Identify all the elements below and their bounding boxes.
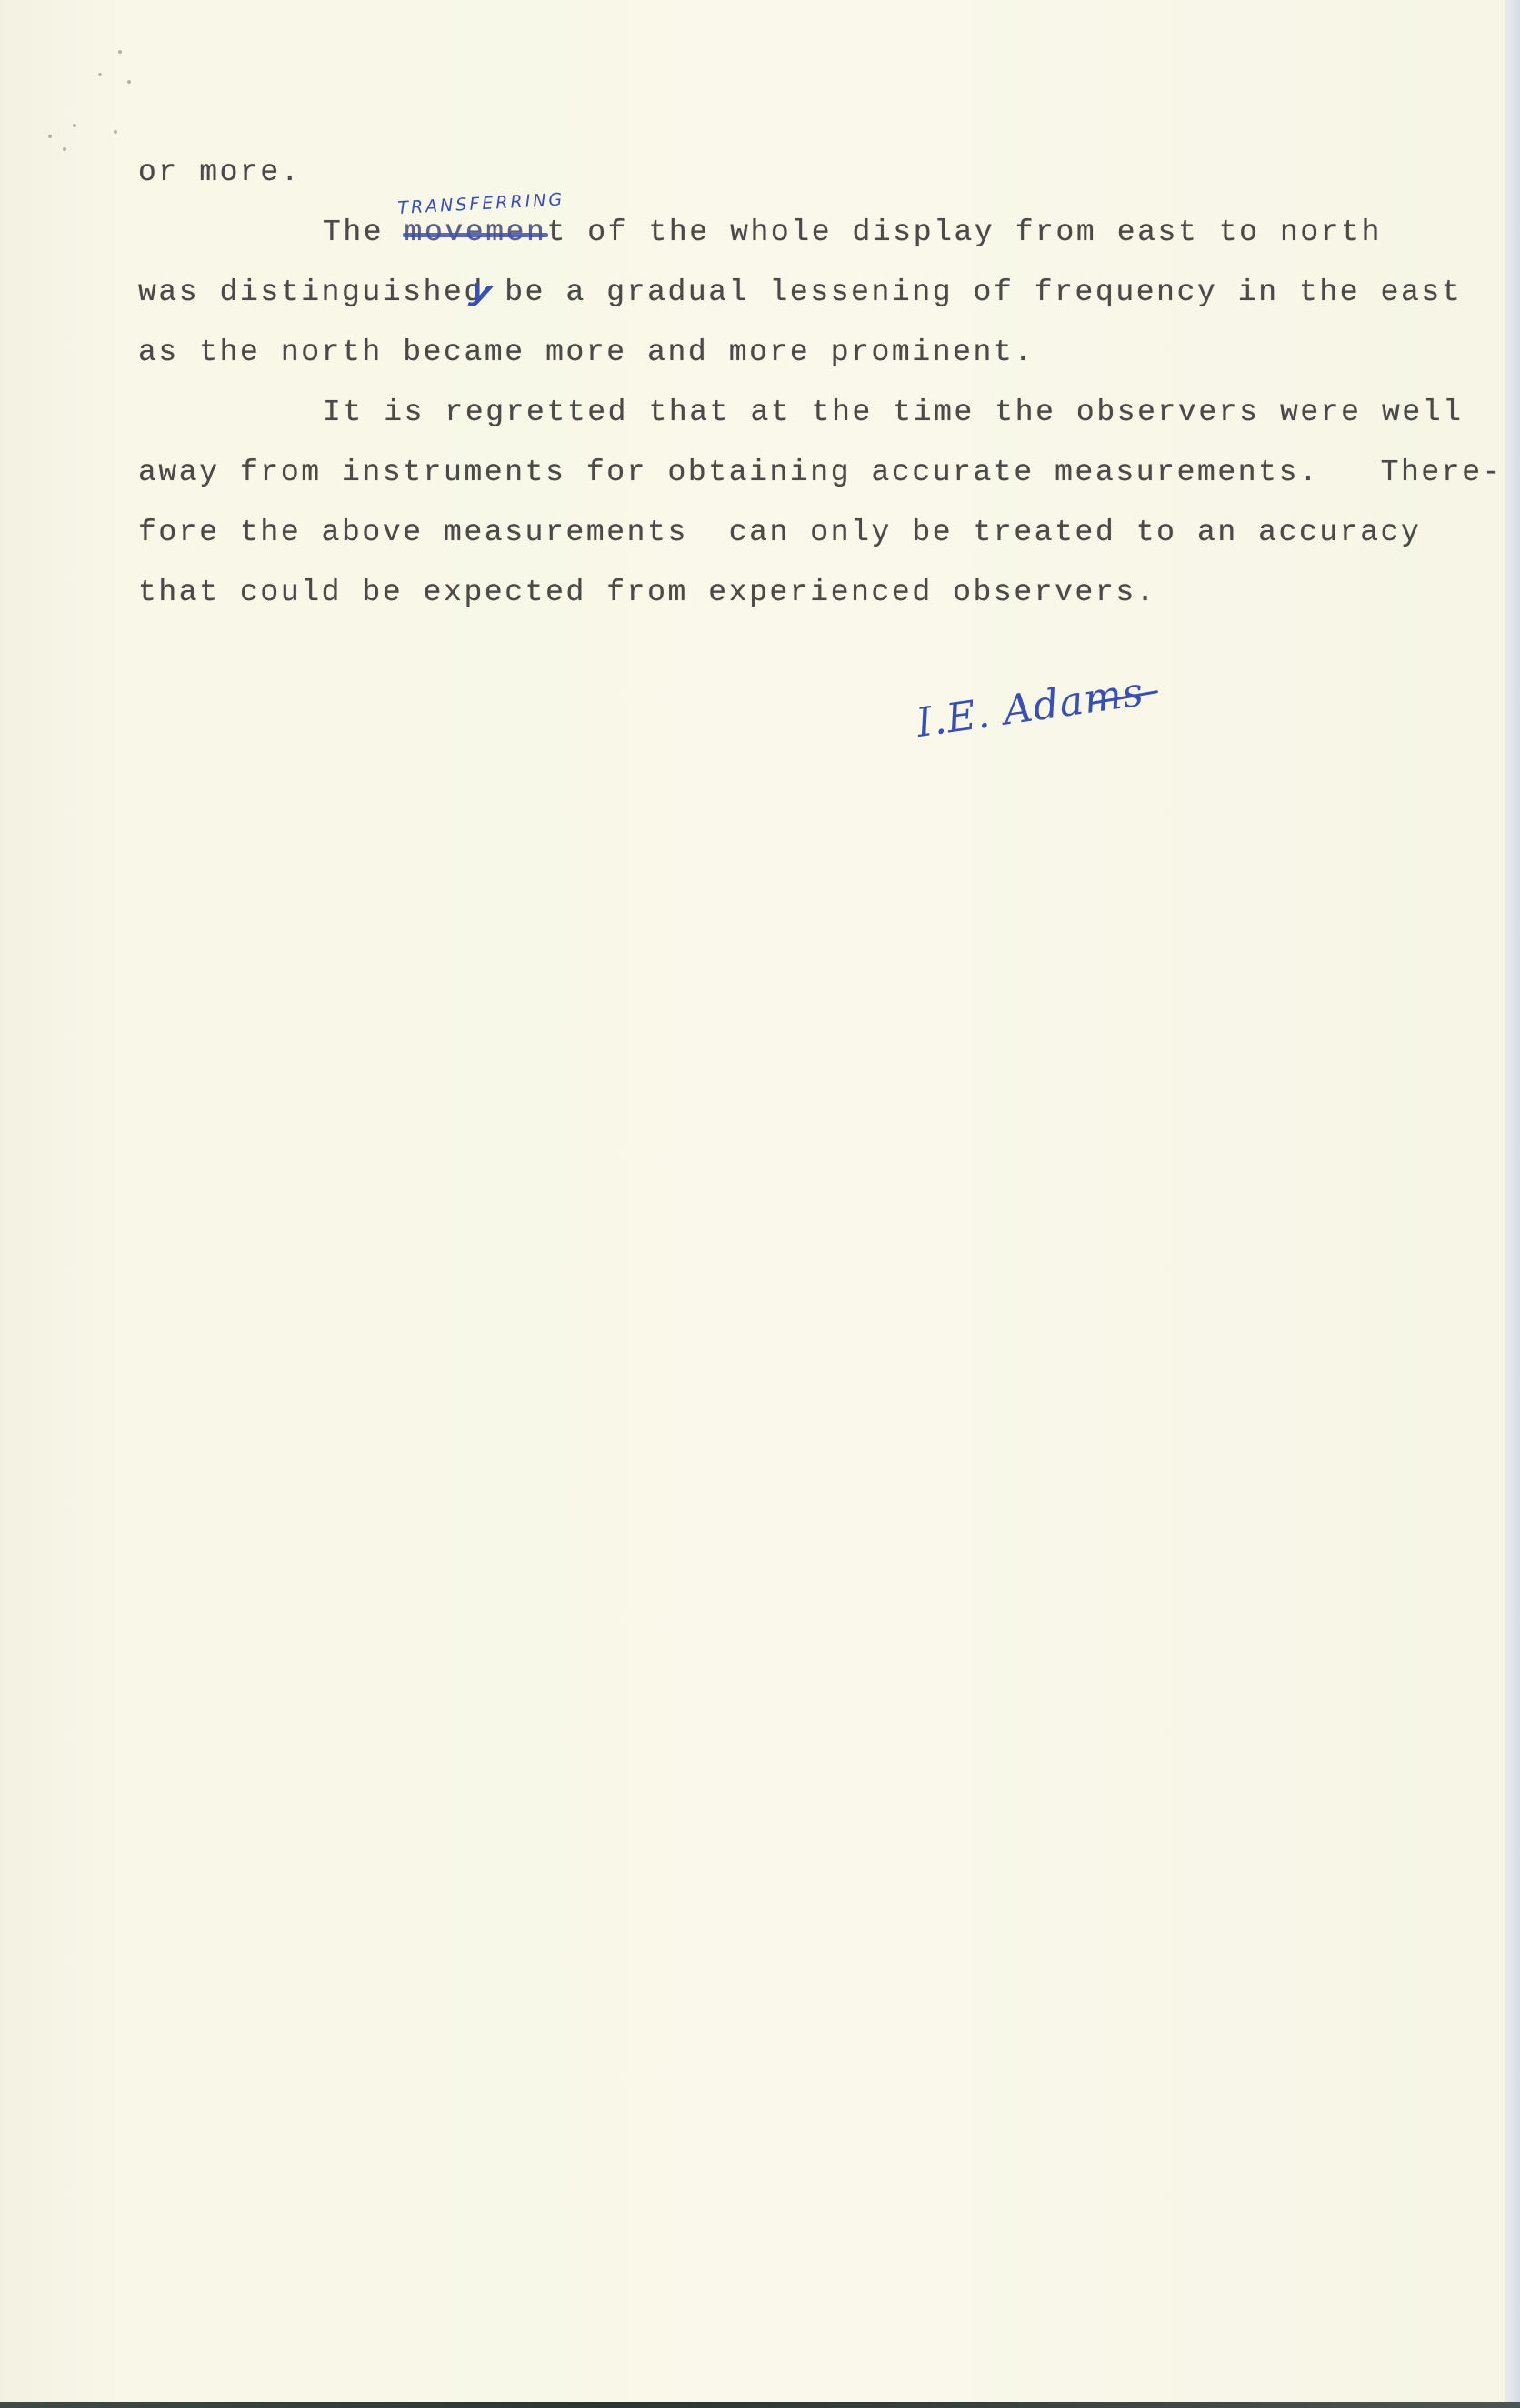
scan-edge-bottom [0, 2402, 1520, 2408]
scan-speck [63, 147, 66, 151]
text-line: It is regretted that at the time the obs… [323, 395, 1464, 431]
text-line: that could be expected from experienced … [138, 575, 1156, 611]
text-fragment: The [323, 216, 405, 249]
struck-out-word: movemen [405, 216, 547, 249]
scan-speck [127, 80, 131, 84]
scan-edge-right [1505, 0, 1520, 2408]
scan-speck [48, 135, 52, 138]
document-page: or more. The movement of the whole displ… [0, 0, 1505, 2402]
scan-speck [114, 130, 117, 134]
text-line: away from instruments for obtaining accu… [138, 455, 1503, 491]
handwritten-signature: I.E. Adams [914, 668, 1147, 747]
scan-speck [73, 124, 76, 127]
corrected-character: e [525, 276, 545, 309]
scan-speck [118, 50, 122, 54]
text-line: or more. [138, 155, 301, 191]
text-line: as the north became more and more promin… [138, 335, 1035, 371]
text-line: fore the above measurements can only be … [138, 515, 1421, 551]
text-line: was distinguished be a gradual lessening… [138, 275, 1462, 311]
text-fragment: t of the whole display from east to nort… [546, 216, 1382, 249]
text-fragment: a gradual lessening of frequency in the … [545, 276, 1462, 309]
text-line: The movement of the whole display from e… [323, 215, 1382, 251]
scan-speck [98, 73, 102, 76]
